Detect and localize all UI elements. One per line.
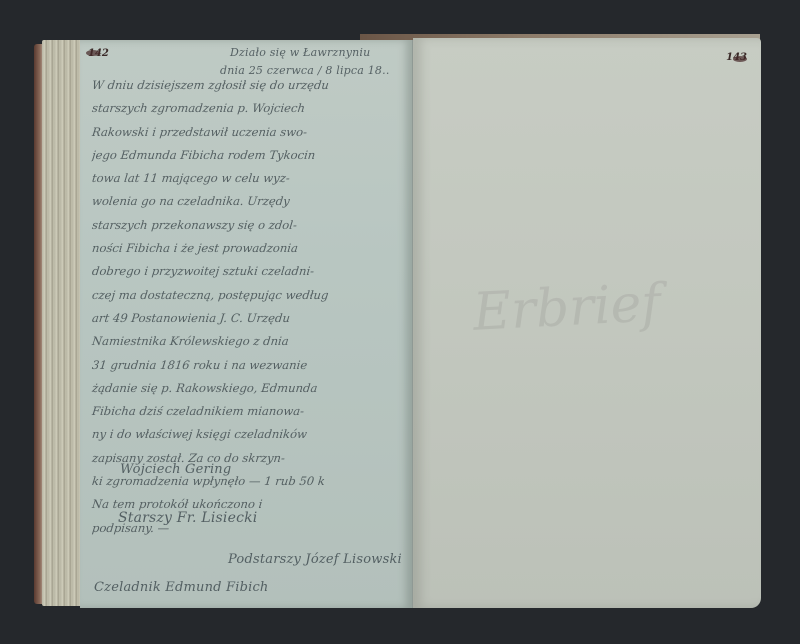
body-line: Namiestnika Królewskiego z dnia bbox=[91, 330, 411, 353]
body-line: art 49 Postanowienia J. C. Urzędu bbox=[91, 307, 411, 330]
ink-stain bbox=[86, 50, 100, 56]
body-line: Rakowski i przedstawił uczenia swo- bbox=[91, 121, 411, 144]
body-line: Fibicha dziś czeladnikiem mianowa- bbox=[91, 400, 411, 423]
body-line: W dniu dzisiejszem zgłosił się do urzędu bbox=[91, 74, 411, 97]
bleed-through-text: Erbrief bbox=[472, 273, 663, 343]
heading-line-1: Działo się w Ławrznyniu bbox=[230, 46, 370, 59]
signature-closing: Wojciech Gering bbox=[120, 462, 231, 477]
body-line: ności Fibicha i że jest prowadzonia bbox=[91, 237, 411, 260]
body-line: towa lat 11 mającego w celu wyz- bbox=[91, 167, 411, 190]
signature-czeladnik: Czeladnik Edmund Fibich bbox=[94, 580, 269, 595]
body-line: żądanie się p. Rakowskiego, Edmunda bbox=[91, 377, 411, 400]
body-line: ny i do właściwej księgi czeladników bbox=[91, 423, 411, 446]
signature-starszy: Starszy Fr. Lisiecki bbox=[118, 510, 257, 526]
left-page: 142 Działo się w Ławrznyniu dnia 25 czer… bbox=[80, 40, 413, 608]
right-page: 143 Erbrief bbox=[413, 38, 761, 608]
body-line: starszych zgromadzenia p. Wojciech bbox=[91, 97, 411, 120]
signature-podstarszy: Podstarszy Józef Lisowski bbox=[228, 552, 402, 567]
body-line: starszych przekonawszy się o zdol- bbox=[91, 214, 411, 237]
body-line: wolenia go na czeladnika. Urzędy bbox=[91, 190, 411, 213]
body-line: 31 grudnia 1816 roku i na wezwanie bbox=[91, 354, 411, 377]
ink-stain bbox=[733, 56, 747, 62]
body-line: czej ma dostateczną, postępując według bbox=[91, 284, 411, 307]
body-line: dobrego i przyzwoitej sztuki czeladni- bbox=[91, 260, 411, 283]
body-line: jego Edmunda Fibicha rodem Tykocin bbox=[91, 144, 411, 167]
